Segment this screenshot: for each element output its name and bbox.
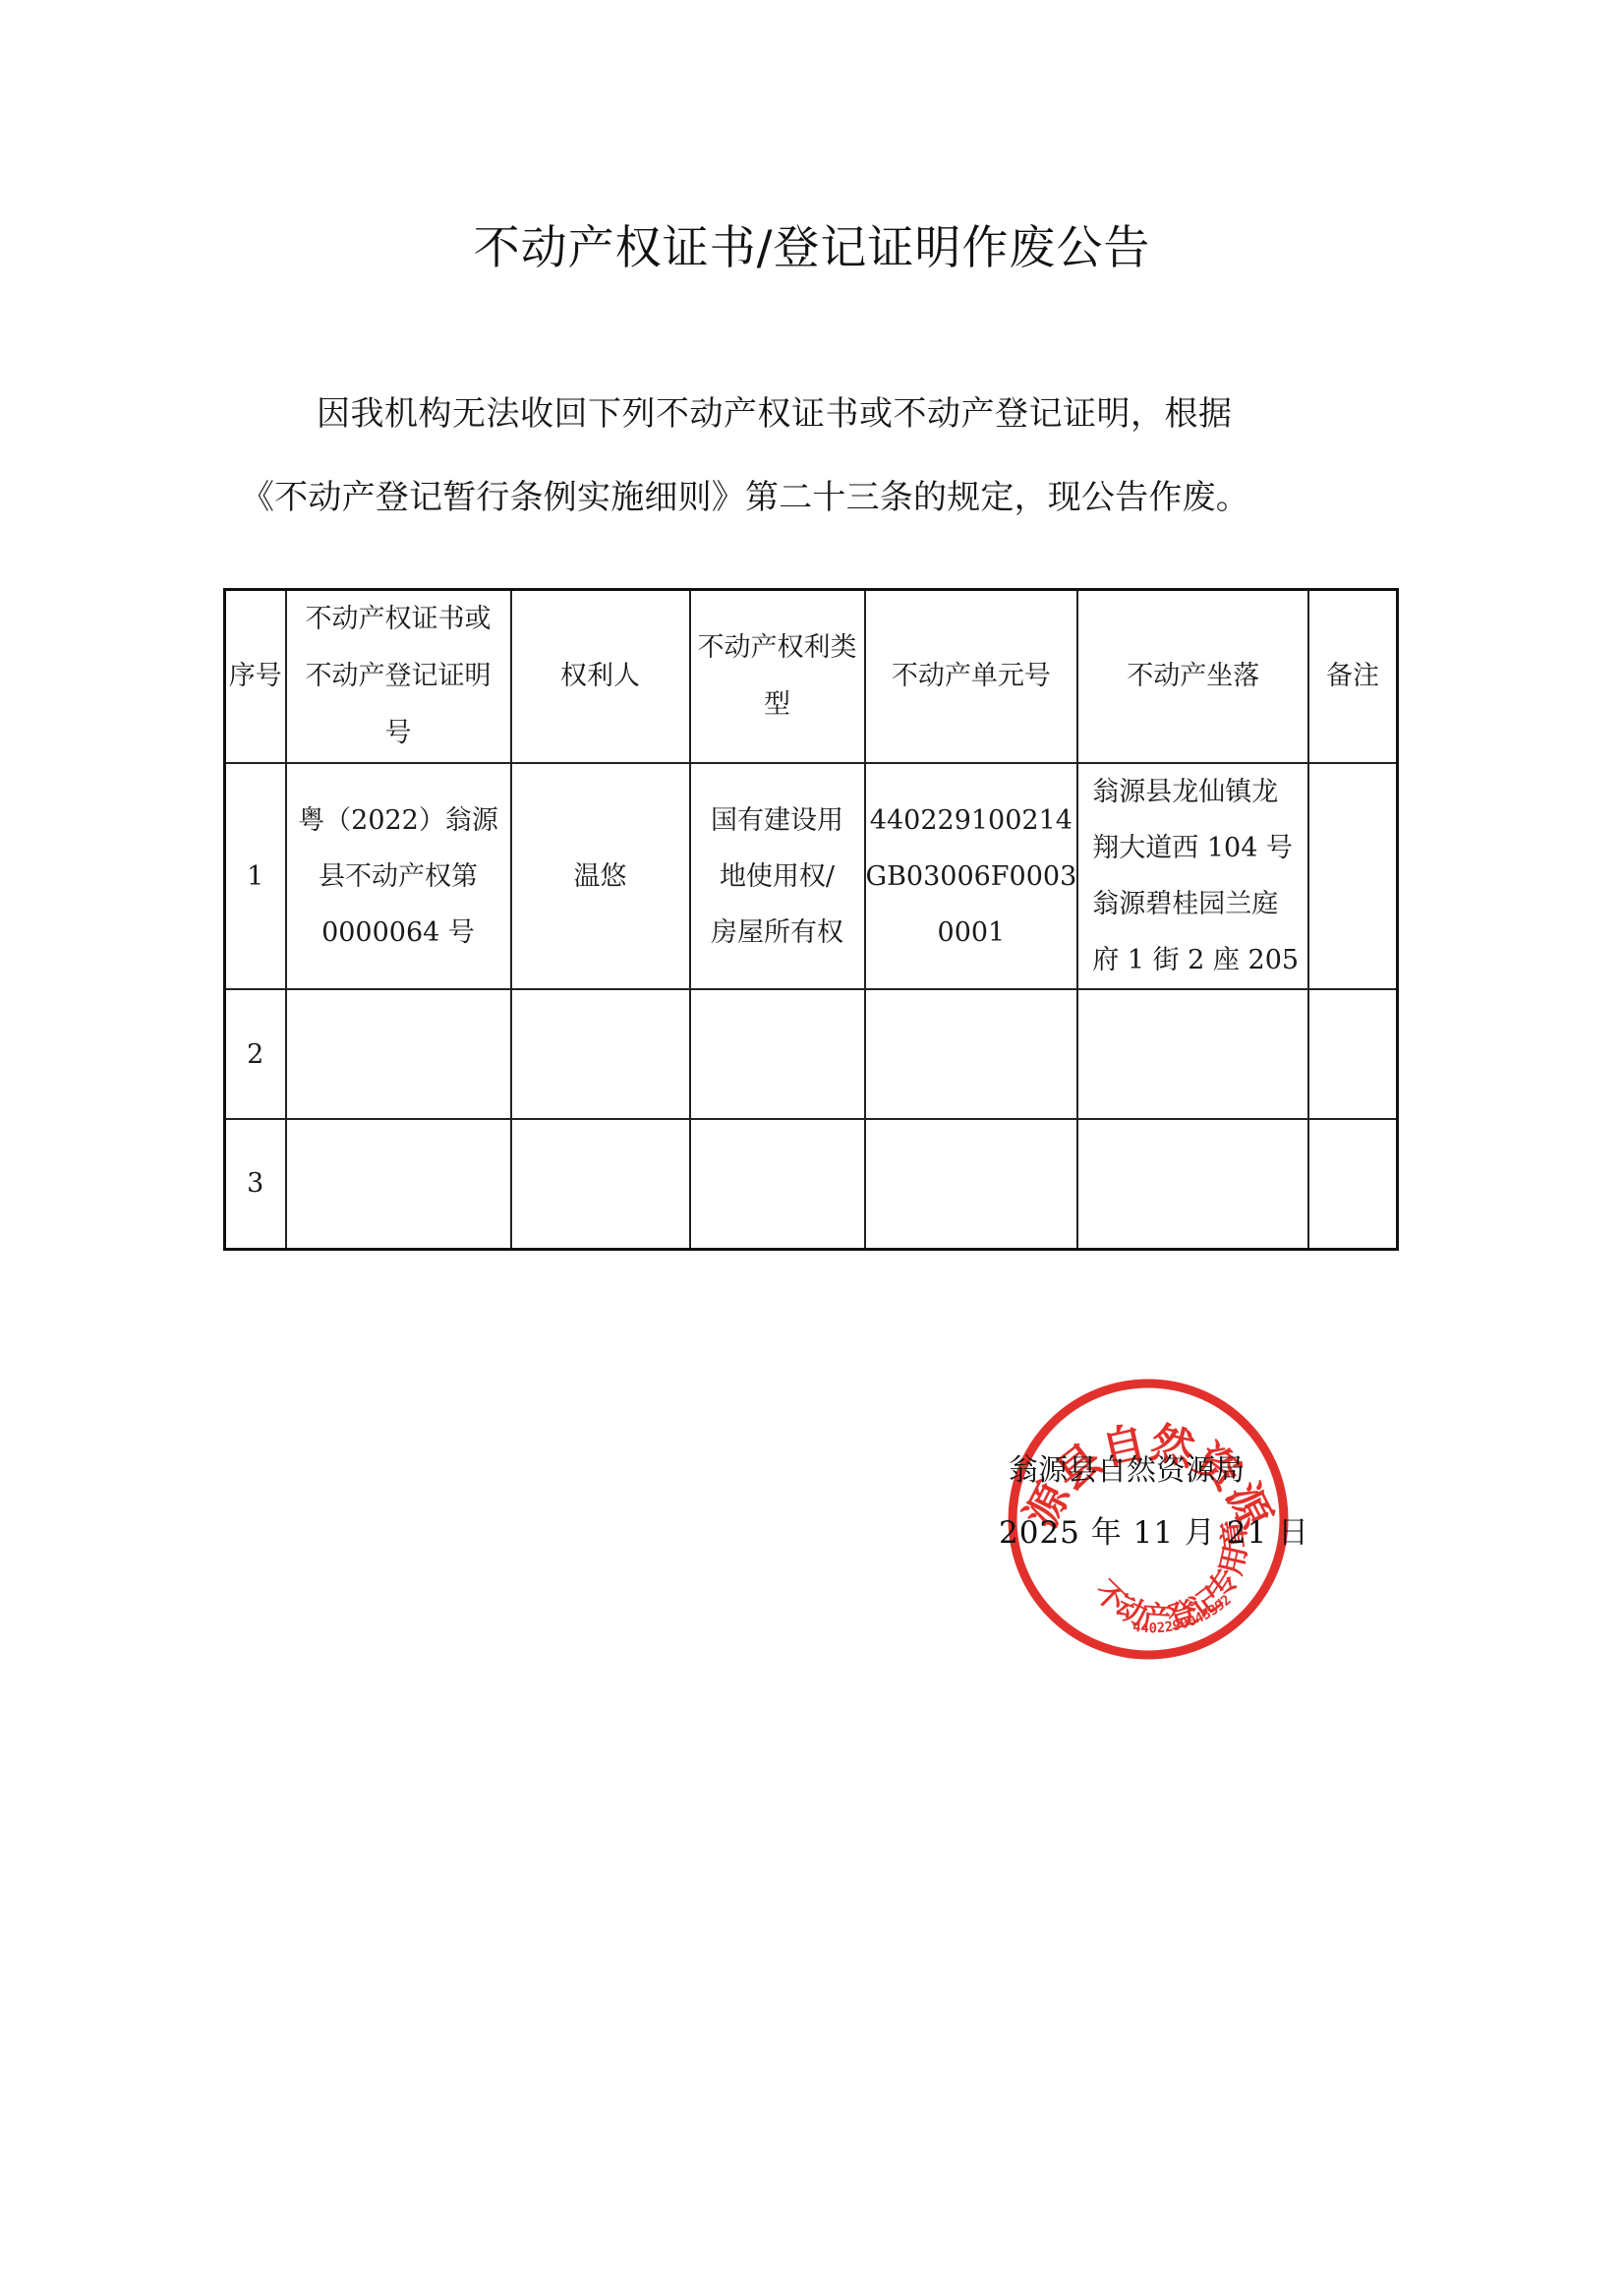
header-index: 序号 — [225, 590, 286, 764]
location-cell — [1077, 1119, 1308, 1249]
holder-cell — [511, 989, 690, 1119]
row-index: 3 — [225, 1119, 286, 1249]
right-type-cell: 国有建设用 地使用权/ 房屋所有权 — [690, 763, 865, 989]
unit-no-cell: 440229100214 GB03006F0003 0001 — [865, 763, 1078, 989]
voided-certificates-table: 序号 不动产权证书或 不动产登记证明 号 权利人 不动产权利类 型 不动产单元号… — [223, 588, 1399, 1251]
cert-no-cell: 粤（2022）翁源 县不动产权第 0000064 号 — [286, 763, 511, 989]
remark-cell — [1308, 1119, 1397, 1249]
holder-cell: 温悠 — [511, 763, 690, 989]
table-row: 3 — [225, 1119, 1398, 1249]
remark-cell — [1308, 989, 1397, 1119]
issuer-name: 翁源县自然资源局 — [1009, 1445, 1245, 1489]
header-cert-no: 不动产权证书或 不动产登记证明 号 — [286, 590, 511, 764]
unit-no-cell — [865, 1119, 1078, 1249]
notice-body-line-2: 《不动产登记暂行条例实施细则》第二十三条的规定，现公告作废。 — [241, 470, 1249, 518]
header-holder: 权利人 — [511, 590, 690, 764]
table-row: 2 — [225, 989, 1398, 1119]
notice-title: 不动产权证书/登记证明作废公告 — [0, 211, 1624, 277]
table-row: 1 粤（2022）翁源 县不动产权第 0000064 号 温悠 国有建设用 地使… — [225, 763, 1398, 989]
table-header-row: 序号 不动产权证书或 不动产登记证明 号 权利人 不动产权利类 型 不动产单元号… — [225, 590, 1398, 764]
header-remark: 备注 — [1308, 590, 1397, 764]
header-unit-no: 不动产单元号 — [865, 590, 1078, 764]
unit-no-cell — [865, 989, 1078, 1119]
header-location: 不动产坐落 — [1077, 590, 1308, 764]
remark-cell — [1308, 763, 1397, 989]
row-index: 1 — [225, 763, 286, 989]
location-cell — [1077, 989, 1308, 1119]
holder-cell — [511, 1119, 690, 1249]
notice-body-line-1: 因我机构无法收回下列不动产权证书或不动产登记证明，根据 — [317, 386, 1233, 435]
issue-date: 2025 年 11 月 21 日 — [999, 1507, 1309, 1552]
location-cell: 翁源县龙仙镇龙 翔大道西 104 号 翁源碧桂园兰庭 府 1 街 2 座 205 — [1077, 763, 1308, 989]
right-type-cell — [690, 989, 865, 1119]
right-type-cell — [690, 1119, 865, 1249]
header-right-type: 不动产权利类 型 — [690, 590, 865, 764]
cert-no-cell — [286, 1119, 511, 1249]
cert-no-cell — [286, 989, 511, 1119]
row-index: 2 — [225, 989, 286, 1119]
